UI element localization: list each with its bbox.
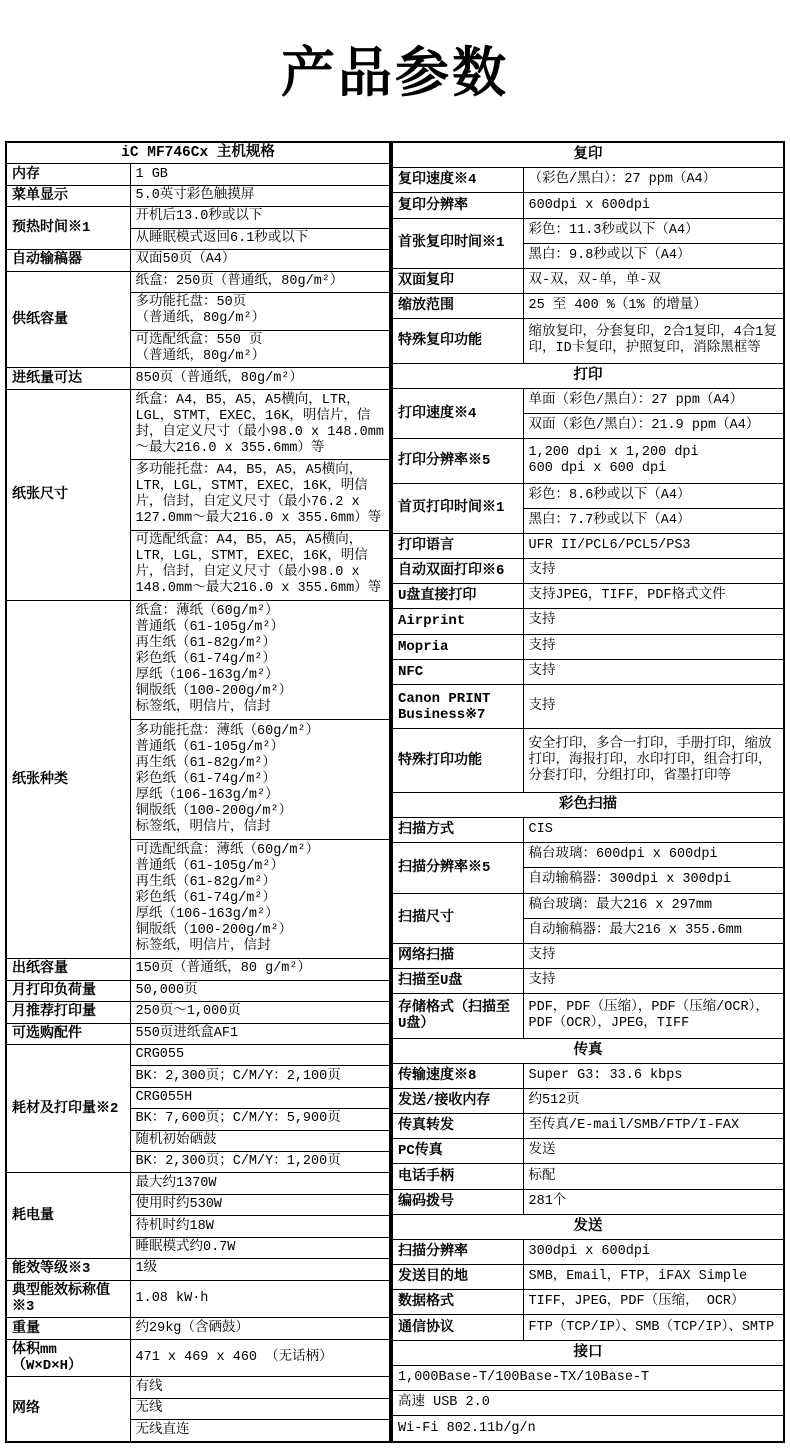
spec-value: 有线 <box>130 1377 390 1398</box>
spec-value: 纸盒：A4，B5，A5，A5横向，LTR，LGL，STMT，EXEC，16K，明… <box>130 389 390 459</box>
spec-row: 复印分辨率600dpi x 600dpi <box>392 193 784 218</box>
spec-label: 扫描至U盘 <box>392 969 523 994</box>
spec-label: 通信协议 <box>392 1315 523 1340</box>
spec-label: U盘直接打印 <box>392 584 523 609</box>
spec-label: Airprint <box>392 609 523 634</box>
spec-value: 281个 <box>523 1189 784 1214</box>
spec-row: 1,000Base-T/100Base-TX/10Base-T <box>392 1365 784 1390</box>
spec-value: PDF，PDF（压缩），PDF（压缩/OCR），PDF（OCR），JPEG，TI… <box>523 994 784 1038</box>
spec-value: 471 x 469 x 460 （无话柄） <box>130 1339 390 1377</box>
spec-value: 纸盒：薄纸（60g/m²） 普通纸（61-105g/m²） 再生纸（61-82g… <box>130 601 390 720</box>
section-row: 传真 <box>392 1038 784 1063</box>
spec-row: 通信协议FTP（TCP/IP）、SMB（TCP/IP）、SMTP <box>392 1315 784 1340</box>
spec-value: BK：7,600页；C/M/Y：5,900页 <box>130 1109 390 1130</box>
spec-value: CRG055 <box>130 1044 390 1065</box>
spec-row: 存储格式（扫描至U盘）PDF，PDF（压缩），PDF（压缩/OCR），PDF（O… <box>392 994 784 1038</box>
spec-value: 发送 <box>523 1139 784 1164</box>
spec-value: 600dpi x 600dpi <box>523 193 784 218</box>
section-row: 打印 <box>392 363 784 388</box>
spec-value: 多功能托盘：薄纸（60g/m²） 普通纸（61-105g/m²） 再生纸（61-… <box>130 720 390 839</box>
spec-sheet-page: 产品参数 iC MF746Cx 主机规格内存1 GB菜单显示5.0英寸彩色触摸屏… <box>0 16 790 1443</box>
spec-row: 扫描分辨率300dpi x 600dpi <box>392 1239 784 1264</box>
page-title: 产品参数 <box>0 16 790 141</box>
spec-value: 双面50页（A4） <box>130 250 390 271</box>
spec-value: 自动输稿器：300dpi x 300dpi <box>523 868 784 893</box>
spec-value: 彩色：8.6秒或以下（A4） <box>523 483 784 508</box>
spec-row: 预热时间※1开机后13.0秒或以下 <box>6 207 390 228</box>
spec-row: 传真转发至传真/E-mail/SMB/FTP/I-FAX <box>392 1114 784 1139</box>
spec-label: 扫描分辨率 <box>392 1239 523 1264</box>
spec-tables: iC MF746Cx 主机规格内存1 GB菜单显示5.0英寸彩色触摸屏预热时间※… <box>5 141 785 1443</box>
spec-value: BK：2,300页；C/M/Y：1,200页 <box>130 1152 390 1173</box>
spec-label: Canon PRINT Business※7 <box>392 684 523 728</box>
spec-label: 传真转发 <box>392 1114 523 1139</box>
spec-row: 首张复印时间※1彩色：11.3秒或以下（A4） <box>392 218 784 243</box>
spec-value: FTP（TCP/IP）、SMB（TCP/IP）、SMTP <box>523 1315 784 1340</box>
spec-value: 300dpi x 600dpi <box>523 1239 784 1264</box>
spec-label: 复印分辨率 <box>392 193 523 218</box>
spec-row: 传输速度※8Super G3: 33.6 kbps <box>392 1063 784 1088</box>
spec-value: 1 GB <box>130 164 390 185</box>
spec-value: 单面（彩色/黑白）：27 ppm（A4） <box>523 388 784 413</box>
spec-value: 稿台玻璃：最大216 x 297mm <box>523 893 784 918</box>
spec-value: BK：2,300页；C/M/Y：2,100页 <box>130 1066 390 1087</box>
spec-row: 特殊复印功能缩放复印，分套复印，2合1复印，4合1复印，ID卡复印，护照复印，消… <box>392 319 784 363</box>
spec-label: 首页打印时间※1 <box>392 483 523 533</box>
spec-value: 支持 <box>523 609 784 634</box>
spec-value: 支持 <box>523 634 784 659</box>
spec-label: 缩放范围 <box>392 294 523 319</box>
spec-label: 打印分辨率※5 <box>392 439 523 483</box>
spec-row: 编码拨号281个 <box>392 1189 784 1214</box>
spec-value: SMB，Email，FTP，iFAX Simple <box>523 1265 784 1290</box>
spec-row: 内存1 GB <box>6 164 390 185</box>
spec-label: 耗电量 <box>6 1173 130 1259</box>
spec-row: U盘直接打印支持JPEG，TIFF，PDF格式文件 <box>392 584 784 609</box>
spec-label: 预热时间※1 <box>6 207 130 250</box>
section-row: 复印 <box>392 142 784 168</box>
spec-row: 复印速度※4（彩色/黑白）：27 ppm（A4） <box>392 168 784 193</box>
spec-label: 可选购配件 <box>6 1023 130 1044</box>
spec-value: 250页～1,000页 <box>130 1002 390 1023</box>
main-spec-table-body: iC MF746Cx 主机规格内存1 GB菜单显示5.0英寸彩色触摸屏预热时间※… <box>6 142 390 1442</box>
spec-row: 自动输稿器双面50页（A4） <box>6 250 390 271</box>
spec-label: 月打印负荷量 <box>6 980 130 1001</box>
spec-label: 菜单显示 <box>6 185 130 206</box>
spec-row: 典型能效标称值※31.08 kW·h <box>6 1280 390 1318</box>
spec-label: 首张复印时间※1 <box>392 218 523 268</box>
section-header: 接口 <box>392 1340 784 1365</box>
spec-label: 自动双面打印※6 <box>392 559 523 584</box>
spec-value: 支持 <box>523 559 784 584</box>
spec-row: 高速 USB 2.0 <box>392 1390 784 1415</box>
spec-value: 彩色：11.3秒或以下（A4） <box>523 218 784 243</box>
spec-value: 待机时约18W <box>130 1216 390 1237</box>
spec-value: 安全打印，多合一打印，手册打印，缩放打印，海报打印，水印打印，组合打印，分套打印… <box>523 729 784 793</box>
spec-label: 纸张尺寸 <box>6 389 130 600</box>
spec-value: 黑白：9.8秒或以下（A4） <box>523 243 784 268</box>
spec-label: 扫描分辨率※5 <box>392 843 523 893</box>
spec-label: 自动输稿器 <box>6 250 130 271</box>
spec-value: 150页（普通纸，80 g/m²） <box>130 959 390 980</box>
spec-row: 打印速度※4单面（彩色/黑白）：27 ppm（A4） <box>392 388 784 413</box>
section-header: 复印 <box>392 142 784 168</box>
spec-value: （彩色/黑白）：27 ppm（A4） <box>523 168 784 193</box>
spec-label: PC传真 <box>392 1139 523 1164</box>
spec-value: 从睡眠模式返回6.1秒或以下 <box>130 228 390 249</box>
spec-value: UFR II/PCL6/PCL5/PS3 <box>523 533 784 558</box>
spec-row: 电话手柄标配 <box>392 1164 784 1189</box>
spec-row: 网络有线 <box>6 1377 390 1398</box>
spec-label: 电话手柄 <box>392 1164 523 1189</box>
section-header: 传真 <box>392 1038 784 1063</box>
spec-value: 至传真/E-mail/SMB/FTP/I-FAX <box>523 1114 784 1139</box>
spec-label: 数据格式 <box>392 1290 523 1315</box>
section-row: 发送 <box>392 1214 784 1239</box>
section-header: 彩色扫描 <box>392 792 784 817</box>
spec-value-full: 高速 USB 2.0 <box>392 1390 784 1415</box>
spec-row: 扫描尺寸稿台玻璃：最大216 x 297mm <box>392 893 784 918</box>
spec-value: 25 至 400 %（1% 的增量） <box>523 294 784 319</box>
spec-label: 进纸量可达 <box>6 368 130 389</box>
spec-label: 存储格式（扫描至U盘） <box>392 994 523 1038</box>
spec-value: 5.0英寸彩色触摸屏 <box>130 185 390 206</box>
section-row: 彩色扫描 <box>392 792 784 817</box>
spec-row: 可选购配件550页进纸盒AF1 <box>6 1023 390 1044</box>
spec-value: 1级 <box>130 1259 390 1280</box>
spec-value: CRG055H <box>130 1087 390 1108</box>
spec-value: 支持 <box>523 684 784 728</box>
spec-value: 无线直连 <box>130 1420 390 1442</box>
spec-value: TIFF，JPEG，PDF（压缩， OCR） <box>523 1290 784 1315</box>
spec-value: 50,000页 <box>130 980 390 1001</box>
spec-label: 传输速度※8 <box>392 1063 523 1088</box>
spec-row: 首页打印时间※1彩色：8.6秒或以下（A4） <box>392 483 784 508</box>
spec-label: 特殊打印功能 <box>392 729 523 793</box>
spec-label: 特殊复印功能 <box>392 319 523 363</box>
spec-value-full: 1,000Base-T/100Base-TX/10Base-T <box>392 1365 784 1390</box>
spec-value: 标配 <box>523 1164 784 1189</box>
spec-row: 发送目的地SMB，Email，FTP，iFAX Simple <box>392 1265 784 1290</box>
spec-label: 扫描方式 <box>392 818 523 843</box>
spec-row: 扫描至U盘支持 <box>392 969 784 994</box>
spec-value: 多功能托盘：A4，B5，A5，A5横向，LTR，LGL，STMT，EXEC，16… <box>130 460 390 530</box>
section-header: 发送 <box>392 1214 784 1239</box>
spec-row: Canon PRINT Business※7支持 <box>392 684 784 728</box>
spec-value: 随机初始硒鼓 <box>130 1130 390 1151</box>
spec-value: 开机后13.0秒或以下 <box>130 207 390 228</box>
spec-value: 双面（彩色/黑白）：21.9 ppm（A4） <box>523 414 784 439</box>
spec-row: 进纸量可达850页（普通纸，80g/m²） <box>6 368 390 389</box>
spec-value: 可选配纸盒：薄纸（60g/m²） 普通纸（61-105g/m²） 再生纸（61-… <box>130 839 390 958</box>
spec-label: 内存 <box>6 164 130 185</box>
spec-value: 使用时约530W <box>130 1194 390 1215</box>
spec-label: 扫描尺寸 <box>392 893 523 943</box>
spec-row: 缩放范围25 至 400 %（1% 的增量） <box>392 294 784 319</box>
spec-row: 耗电量最大约1370W <box>6 1173 390 1194</box>
spec-value: 550页进纸盒AF1 <box>130 1023 390 1044</box>
spec-label: Mopria <box>392 634 523 659</box>
spec-label: 网络扫描 <box>392 943 523 968</box>
spec-value: 自动输稿器：最大216 x 355.6mm <box>523 918 784 943</box>
section-row: iC MF746Cx 主机规格 <box>6 142 390 164</box>
spec-label: 编码拨号 <box>392 1189 523 1214</box>
spec-label: 典型能效标称值※3 <box>6 1280 130 1318</box>
spec-label: 纸张种类 <box>6 601 130 959</box>
spec-value: 睡眠模式约0.7W <box>130 1237 390 1258</box>
spec-row: 能效等级※31级 <box>6 1259 390 1280</box>
spec-row: 体积mm （W×D×H）471 x 469 x 460 （无话柄） <box>6 1339 390 1377</box>
spec-value: 无线 <box>130 1398 390 1419</box>
spec-value: 1.08 kW·h <box>130 1280 390 1318</box>
spec-value: Super G3: 33.6 kbps <box>523 1063 784 1088</box>
spec-row: 发送/接收内存约512页 <box>392 1088 784 1113</box>
spec-label: NFC <box>392 659 523 684</box>
spec-row: 纸张尺寸纸盒：A4，B5，A5，A5横向，LTR，LGL，STMT，EXEC，1… <box>6 389 390 459</box>
spec-label: 打印语言 <box>392 533 523 558</box>
spec-value: 1,200 dpi x 1,200 dpi 600 dpi x 600 dpi <box>523 439 784 483</box>
main-spec-table: iC MF746Cx 主机规格内存1 GB菜单显示5.0英寸彩色触摸屏预热时间※… <box>5 141 391 1443</box>
spec-row: Wi-Fi 802.11b/g/n <box>392 1416 784 1442</box>
spec-row: 出纸容量150页（普通纸，80 g/m²） <box>6 959 390 980</box>
spec-row: 菜单显示5.0英寸彩色触摸屏 <box>6 185 390 206</box>
spec-row: 重量约29kg（含硒鼓） <box>6 1318 390 1339</box>
spec-row: 月打印负荷量50,000页 <box>6 980 390 1001</box>
spec-label: 重量 <box>6 1318 130 1339</box>
spec-value: 纸盒：250页（普通纸，80g/m²） <box>130 271 390 292</box>
spec-value: 约29kg（含硒鼓） <box>130 1318 390 1339</box>
spec-row: 打印语言UFR II/PCL6/PCL5/PS3 <box>392 533 784 558</box>
spec-value: 多功能托盘：50页 （普通纸，80g/m²） <box>130 292 390 330</box>
spec-value: 双-双，双-单，单-双 <box>523 268 784 293</box>
section-header: iC MF746Cx 主机规格 <box>6 142 390 164</box>
spec-label: 发送目的地 <box>392 1265 523 1290</box>
section-header: 打印 <box>392 363 784 388</box>
spec-row: 双面复印双-双，双-单，单-双 <box>392 268 784 293</box>
spec-label: 体积mm （W×D×H） <box>6 1339 130 1377</box>
spec-label: 双面复印 <box>392 268 523 293</box>
spec-label: 发送/接收内存 <box>392 1088 523 1113</box>
spec-value: 支持JPEG，TIFF，PDF格式文件 <box>523 584 784 609</box>
spec-row: 月推荐打印量250页～1,000页 <box>6 1002 390 1023</box>
spec-row: 网络扫描支持 <box>392 943 784 968</box>
spec-value: 可选配纸盒：550 页 （普通纸，80g/m²） <box>130 330 390 368</box>
spec-value: 支持 <box>523 969 784 994</box>
spec-label: 耗材及打印量※2 <box>6 1044 130 1173</box>
spec-row: 特殊打印功能安全打印，多合一打印，手册打印，缩放打印，海报打印，水印打印，组合打… <box>392 729 784 793</box>
spec-row: 扫描方式CIS <box>392 818 784 843</box>
spec-row: Airprint支持 <box>392 609 784 634</box>
spec-value: 支持 <box>523 659 784 684</box>
spec-label: 月推荐打印量 <box>6 1002 130 1023</box>
spec-value: CIS <box>523 818 784 843</box>
spec-value: 缩放复印，分套复印，2合1复印，4合1复印，ID卡复印，护照复印，消除黑框等 <box>523 319 784 363</box>
spec-label: 出纸容量 <box>6 959 130 980</box>
spec-row: 自动双面打印※6支持 <box>392 559 784 584</box>
spec-row: 扫描分辨率※5稿台玻璃：600dpi x 600dpi <box>392 843 784 868</box>
spec-label: 网络 <box>6 1377 130 1442</box>
spec-value: 可选配纸盒：A4，B5，A5，A5横向，LTR，LGL，STMT，EXEC，16… <box>130 530 390 600</box>
spec-value: 约512页 <box>523 1088 784 1113</box>
spec-row: 数据格式TIFF，JPEG，PDF（压缩， OCR） <box>392 1290 784 1315</box>
spec-row: 打印分辨率※51,200 dpi x 1,200 dpi 600 dpi x 6… <box>392 439 784 483</box>
spec-value: 黑白：7.7秒或以下（A4） <box>523 508 784 533</box>
spec-label: 打印速度※4 <box>392 388 523 438</box>
spec-row: 耗材及打印量※2CRG055 <box>6 1044 390 1065</box>
spec-row: Mopria支持 <box>392 634 784 659</box>
spec-label: 复印速度※4 <box>392 168 523 193</box>
spec-row: NFC支持 <box>392 659 784 684</box>
spec-row: 纸张种类纸盒：薄纸（60g/m²） 普通纸（61-105g/m²） 再生纸（61… <box>6 601 390 720</box>
spec-row: PC传真发送 <box>392 1139 784 1164</box>
spec-value: 支持 <box>523 943 784 968</box>
spec-label: 供纸容量 <box>6 271 130 368</box>
spec-row: 供纸容量纸盒：250页（普通纸，80g/m²） <box>6 271 390 292</box>
spec-value-full: Wi-Fi 802.11b/g/n <box>392 1416 784 1442</box>
spec-label: 能效等级※3 <box>6 1259 130 1280</box>
feature-spec-table: 复印复印速度※4（彩色/黑白）：27 ppm（A4）复印分辨率600dpi x … <box>391 141 785 1443</box>
spec-value: 850页（普通纸，80g/m²） <box>130 368 390 389</box>
spec-value: 最大约1370W <box>130 1173 390 1194</box>
section-row: 接口 <box>392 1340 784 1365</box>
feature-spec-table-body: 复印复印速度※4（彩色/黑白）：27 ppm（A4）复印分辨率600dpi x … <box>392 142 784 1442</box>
spec-value: 稿台玻璃：600dpi x 600dpi <box>523 843 784 868</box>
